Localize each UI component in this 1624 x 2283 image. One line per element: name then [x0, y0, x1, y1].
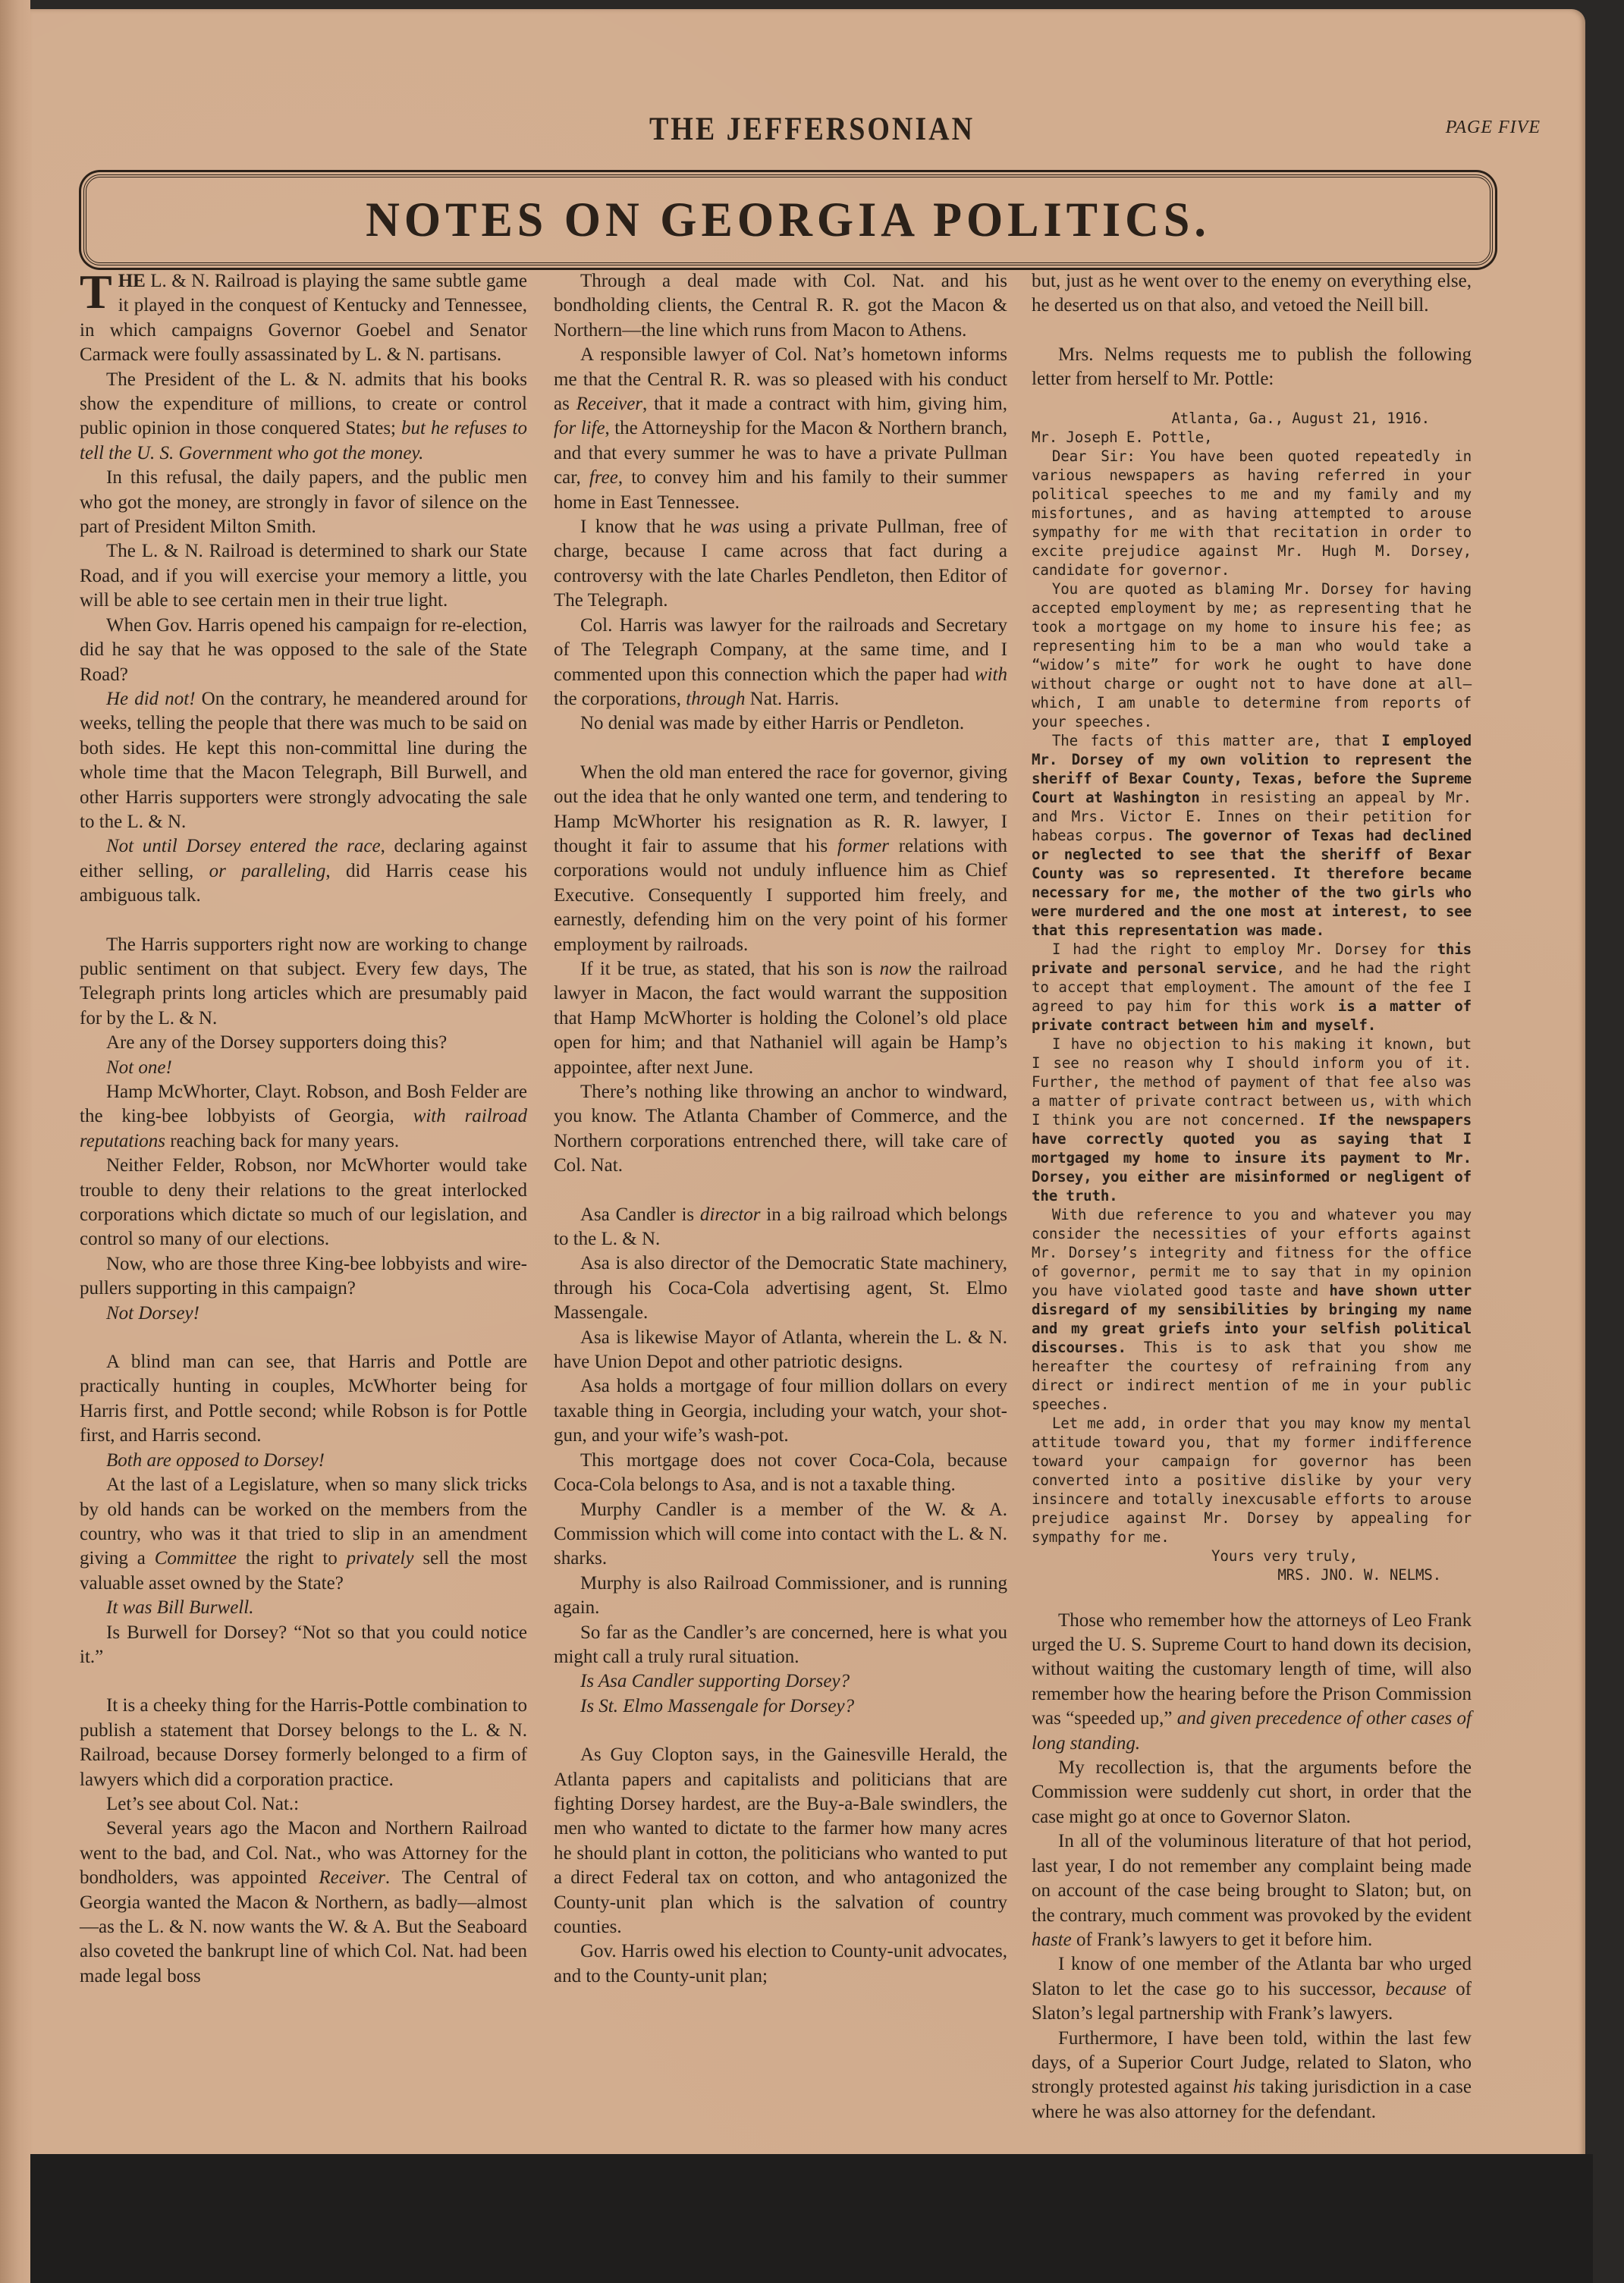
letter-paragraph: Dear Sir: You have been quoted repeatedl… [1032, 447, 1472, 579]
paragraph: Both are opposed to Dorsey! [80, 1449, 527, 1473]
paragraph: Is Burwell for Dorsey? “Not so that you … [80, 1621, 527, 1670]
letter-signature: MRS. JNO. W. NELMS. [1032, 1565, 1472, 1584]
paragraph: As Guy Clopton says, in the Gainesville … [554, 1743, 1007, 1939]
paragraph: Hamp McWhorter, Clayt. Robson, and Bosh … [80, 1080, 527, 1154]
column-right: but, just as he went over to the enemy o… [1032, 269, 1472, 2124]
paragraph: It was Bill Burwell. [80, 1596, 527, 1620]
paragraph: Murphy is also Railroad Commissioner, an… [554, 1572, 1007, 1621]
letter-block: Atlanta, Ga., August 21, 1916. Mr. Josep… [1032, 409, 1472, 1584]
paragraph: THE L. & N. Railroad is playing the same… [80, 269, 527, 368]
paragraph: Is St. Elmo Massengale for Dorsey? [554, 1694, 1007, 1719]
paragraph: Now, who are those three King-bee lobbyi… [80, 1252, 527, 1302]
paragraph: Gov. Harris owed his election to County-… [554, 1939, 1007, 1989]
paragraph: Not one! [80, 1056, 527, 1080]
paragraph: Through a deal made with Col. Nat. and h… [554, 269, 1007, 343]
column-left: THE L. & N. Railroad is playing the same… [80, 269, 527, 1989]
paragraph: Not until Dorsey entered the race, decla… [80, 834, 527, 908]
paragraph: A responsible lawyer of Col. Nat’s homet… [554, 343, 1007, 515]
paragraph: Asa is likewise Mayor of Atlanta, wherei… [554, 1326, 1007, 1375]
paragraph: My recollection is, that the arguments b… [1032, 1756, 1472, 1829]
paragraph: A blind man can see, that Harris and Pot… [80, 1350, 527, 1449]
paragraph: The President of the L. & N. admits that… [80, 368, 527, 466]
paragraph: When the old man entered the race for go… [554, 761, 1007, 957]
letter-dateline: Atlanta, Ga., August 21, 1916. [1032, 409, 1472, 428]
paragraph: Mrs. Nelms requests me to publish the fo… [1032, 343, 1472, 392]
paragraph: I know that he was using a private Pullm… [554, 515, 1007, 614]
paragraph: So far as the Candler’s are concerned, h… [554, 1621, 1007, 1670]
paragraph: At the last of a Legislature, when so ma… [80, 1473, 527, 1596]
paragraph: Let’s see about Col. Nat.: [80, 1792, 527, 1817]
paragraph: Furthermore, I have been told, within th… [1032, 2027, 1472, 2125]
column-middle: Through a deal made with Col. Nat. and h… [554, 269, 1007, 1989]
paragraph: Those who remember how the attorneys of … [1032, 1609, 1472, 1756]
drop-cap: T [80, 272, 112, 312]
paragraph: The L. & N. Railroad is determined to sh… [80, 539, 527, 613]
paragraph: Not Dorsey! [80, 1302, 527, 1326]
paragraph: but, just as he went over to the enemy o… [1032, 269, 1472, 319]
paragraph: Is Asa Candler supporting Dorsey? [554, 1669, 1007, 1694]
paragraph: No denial was made by either Harris or P… [554, 711, 1007, 736]
letter-paragraph: Let me add, in order that you may know m… [1032, 1414, 1472, 1547]
paragraph: The Harris supporters right now are work… [80, 933, 527, 1032]
letter-paragraph: The facts of this matter are, that I emp… [1032, 731, 1472, 940]
letter-paragraph: I have no objection to his making it kno… [1032, 1035, 1472, 1205]
letter-paragraph: You are quoted as blaming Mr. Dorsey for… [1032, 579, 1472, 731]
letter-paragraph: With due reference to you and whatever y… [1032, 1205, 1472, 1414]
paragraph: In this refusal, the daily papers, and t… [80, 466, 527, 539]
paragraph: He did not! On the contrary, he meandere… [80, 687, 527, 834]
paragraph: Murphy Candler is a member of the W. & A… [554, 1498, 1007, 1572]
letter-closing: Yours very truly, [1032, 1547, 1472, 1565]
paragraph: This mortgage does not cover Coca-Cola, … [554, 1449, 1007, 1498]
paragraph: When Gov. Harris opened his campaign for… [80, 614, 527, 687]
book-binding-edge [0, 0, 30, 2283]
paragraph: In all of the voluminous literature of t… [1032, 1829, 1472, 1952]
paragraph: Asa is also director of the Democratic S… [554, 1251, 1007, 1325]
paragraph: Asa Candler is director in a big railroa… [554, 1203, 1007, 1252]
paragraph: Asa holds a mortgage of four million dol… [554, 1374, 1007, 1448]
masthead: THE JEFFERSONIAN [0, 110, 1624, 149]
paragraph: I know of one member of the Atlanta bar … [1032, 1952, 1472, 2026]
paragraph: Neither Felder, Robson, nor McWhorter wo… [80, 1154, 527, 1252]
paragraph: There’s nothing like throwing an anchor … [554, 1080, 1007, 1179]
paragraph: It is a cheeky thing for the Harris-Pott… [80, 1694, 527, 1792]
article-title-box: NOTES ON GEORGIA POLITICS. [83, 174, 1493, 265]
letter-addressee: Mr. Joseph E. Pottle, [1032, 428, 1472, 447]
page-number: PAGE FIVE [1446, 118, 1541, 138]
letter-paragraph: I had the right to employ Mr. Dorsey for… [1032, 940, 1472, 1035]
paragraph: Are any of the Dorsey supporters doing t… [80, 1031, 527, 1055]
article-title: NOTES ON GEORGIA POLITICS. [366, 192, 1211, 249]
paragraph: Col. Harris was lawyer for the railroads… [554, 614, 1007, 712]
page-backdrop [30, 2154, 1593, 2283]
paragraph: Several years ago the Macon and Northern… [80, 1817, 527, 1989]
paragraph: If it be true, as stated, that his son i… [554, 957, 1007, 1080]
